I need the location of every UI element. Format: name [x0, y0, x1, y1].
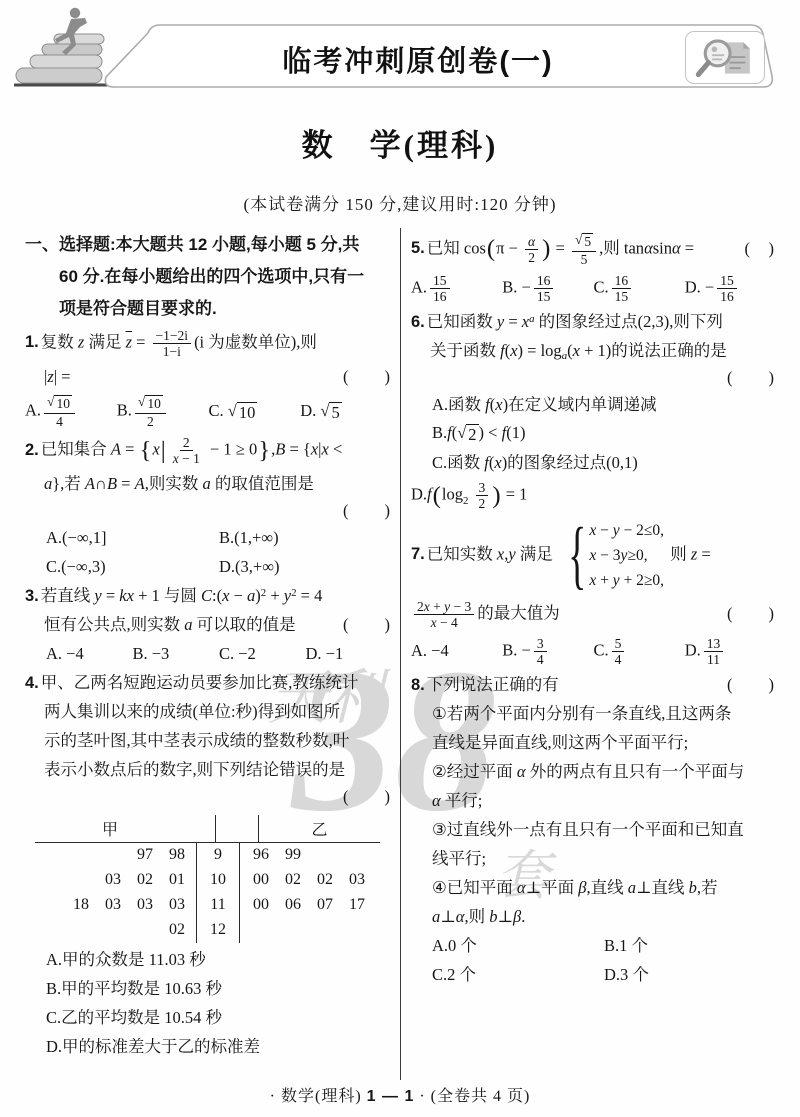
text-line: ( ) [25, 785, 392, 810]
leaf-cell-left: 02 [35, 918, 196, 943]
option-row: C.(−∞,3)D.(3,+∞) [25, 553, 392, 582]
option: B.1 个 [604, 935, 776, 957]
option: A. −4 [411, 640, 502, 662]
option-row-inner: C.(−∞,3)D.(3,+∞) [46, 556, 392, 578]
table-header-yi: 乙 [259, 815, 380, 842]
answer-bracket: ( ) [343, 500, 392, 522]
option: A.√104 [25, 394, 117, 429]
text-line: 2.已知集合 A = {x|2x − 1 − 1 ≥ 0},B = {x|x < [25, 432, 392, 469]
fraction: 2x − 1 [170, 435, 203, 466]
text-line: α 平行; [411, 786, 776, 815]
answer-bracket: ( ) [343, 614, 392, 636]
option: A.0 个 [432, 935, 604, 957]
option: B. −34 [502, 636, 593, 667]
table-row: 97 98996 99 [35, 843, 380, 868]
option-row-inner: A.1516B. −1615C.1615D. −1516 [411, 273, 776, 304]
table-row: 03 02 011000 02 02 03 [35, 868, 380, 893]
option: C. −2 [219, 643, 306, 665]
page-footer: · 数学(理科) 1 — 1 · (全卷共 4 页) [0, 1083, 800, 1106]
option: B. −1615 [502, 273, 593, 304]
answer-bracket: ( ) [727, 367, 776, 389]
option: D.3 个 [604, 964, 776, 986]
option-row-inner: A.0 个B.1 个 [432, 935, 776, 957]
text-line: ①若两个平面内分别有一条直线,且这两条 [411, 699, 776, 728]
fraction: √102 [135, 394, 166, 429]
text-line: C.函数 f(x)的图象经过点(0,1) [411, 448, 776, 477]
text-line: ( ) [411, 365, 776, 390]
answer-bracket: ( ) [727, 603, 776, 625]
option-row-inner: A.(−∞,1]B.(1,+∞) [46, 527, 392, 549]
fraction: 34 [534, 636, 547, 667]
radical: √5 [320, 402, 341, 424]
leaf-cell-left: 97 98 [35, 843, 196, 868]
option: D.(3,+∞) [219, 556, 392, 578]
banner-title: 临考冲刺原创卷(一) [98, 39, 738, 80]
option-row-inner: C.2 个D.3 个 [432, 964, 776, 986]
stem-cell [215, 815, 259, 842]
text-line: 两人集训以来的成绩(单位:秒)得到如图所 [25, 698, 392, 727]
text-line: 项是符合题目要求的. [25, 293, 392, 325]
fraction: 2x + y − 3x − 4 [414, 599, 474, 630]
text-line: 表示小数点后的数字,则下列结论错误的是 [25, 756, 392, 785]
radical: √2 [457, 424, 478, 446]
text-line: 3.若直线 y = kx + 1 与圆 C:(x − a)2 + y2 = 4 [25, 582, 392, 611]
answer-bracket: ( ) [343, 786, 392, 808]
option: C.(−∞,3) [46, 556, 219, 578]
column-divider [400, 228, 401, 1080]
footer-page-number: 1 — 1 [367, 1088, 415, 1105]
leaf-cell-right [240, 918, 380, 943]
text-line: 线平行; [411, 844, 776, 873]
option: D.1311 [685, 636, 776, 667]
text-line: 示的茎叶图,其中茎表示成绩的整数秒数,叶 [25, 727, 392, 756]
option: A. −4 [46, 643, 133, 665]
text-line: 7.已知实数 x,y 满足 {x − y − 2≤0,x − 3y≥0,x + … [411, 515, 776, 596]
stem-cell: 12 [196, 918, 240, 943]
subject-title: 数 学(理科) [0, 120, 800, 165]
option-row-inner: A. −4B. −34C.54D.1311 [411, 636, 776, 667]
option-row: A. −4B. −3C. −2D. −1 [25, 640, 392, 669]
option-row: A.1516B. −1615C.1615D. −1516 [411, 270, 776, 307]
radical: √10 [47, 395, 72, 413]
text-line: ②经过平面 α 外的两点有且只有一个平面与 [411, 757, 776, 786]
option: C.1615 [594, 273, 685, 304]
stem-cell: 9 [196, 843, 240, 868]
text-line: D.甲的标准差大于乙的标准差 [25, 1033, 392, 1062]
option-row: A.(−∞,1]B.(1,+∞) [25, 524, 392, 553]
text-line: ④已知平面 α⊥平面 β,直线 a⊥直线 b,若 [411, 873, 776, 902]
stem-cell: 11 [196, 893, 240, 918]
text-line: 4.甲、乙两名短跑运动员要参加比赛,教练统计 [25, 669, 392, 698]
leaf-cell-left: 18 03 03 03 [35, 893, 196, 918]
option-row-inner: A.√104B.√102C. √10D. √5 [25, 394, 392, 429]
text-line: 关于函数 f(x) = loga(x + 1)的说法正确的是 [411, 336, 776, 365]
radical: √10 [138, 395, 163, 413]
option: B.(1,+∞) [219, 527, 392, 549]
option: D. √5 [300, 400, 392, 424]
option-row: C.2 个D.3 个 [411, 960, 776, 989]
text-line: ③过直线外一点有且只有一个平面和已知直 [411, 815, 776, 844]
answer-bracket: ( ) [727, 674, 776, 696]
option: D. −1 [306, 643, 393, 665]
radical: √5 [575, 233, 593, 251]
table-row: 18 03 03 031100 06 07 17 [35, 893, 380, 918]
table-row: 0212 [35, 918, 380, 943]
exam-page: 临考冲刺原创卷(一) 数 学(理科) (本试卷满分 150 分,建议用时:120… [0, 0, 800, 1117]
fraction: √104 [44, 394, 75, 429]
fraction: 1311 [704, 636, 724, 667]
option-row: A.0 个B.1 个 [411, 931, 776, 960]
text-line: 60 分.在每小题给出的四个选项中,只有一 [25, 261, 392, 293]
option: C.2 个 [432, 964, 604, 986]
option: A.(−∞,1] [46, 527, 219, 549]
fraction: 1615 [612, 273, 632, 304]
leaf-cell-right: 00 02 02 03 [240, 868, 380, 893]
text-line: |z| =( ) [25, 362, 392, 391]
option-row-inner: A. −4B. −3C. −2D. −1 [46, 643, 392, 665]
fraction: α2 [525, 234, 538, 265]
text-line: a},若 A∩B = A,则实数 a 的取值范围是 [25, 470, 392, 499]
stem-cell: 10 [196, 868, 240, 893]
option: D. −1516 [685, 273, 776, 304]
option: C.54 [594, 636, 685, 667]
text-line: 2x + y − 3x − 4的最大值为( ) [411, 596, 776, 633]
fraction: 32 [476, 480, 489, 511]
option: C. √10 [209, 400, 301, 424]
text-line: C.乙的平均数是 10.54 秒 [25, 1004, 392, 1033]
radical: √10 [228, 402, 258, 424]
leaf-cell-right: 96 99 [240, 843, 380, 868]
text-line: 直线是异面直线,则这两个平面平行; [411, 728, 776, 757]
text-line: 1.复数 z 满足 z = −1−2i1−i(i 为虚数单位),则 [25, 325, 392, 362]
text-line: A.甲的众数是 11.03 秒 [25, 946, 392, 975]
text-line: 5.已知 cos(π − α2) = √55,则 tanαsinα =( ) [411, 229, 776, 270]
search-box [685, 31, 765, 84]
option: B.√102 [117, 394, 209, 429]
footer-pages-total: · (全卷共 4 页) [419, 1088, 530, 1105]
text-line: ( ) [25, 499, 392, 524]
right-column: 5.已知 cos(π − α2) = √55,则 tanαsinα =( )A.… [411, 229, 776, 1081]
stem-leaf-table: 甲乙97 98996 9903 02 011000 02 02 0318 03 … [35, 815, 380, 943]
option: A.1516 [411, 273, 502, 304]
text-line: B.甲的平均数是 10.63 秒 [25, 975, 392, 1004]
text-line: 8.下列说法正确的有( ) [411, 670, 776, 699]
fraction: 54 [612, 636, 625, 667]
option: B. −3 [133, 643, 220, 665]
magnifier-icon [690, 35, 760, 81]
leaf-cell-right: 00 06 07 17 [240, 893, 380, 918]
table-header-jia: 甲 [35, 815, 215, 842]
answer-bracket: ( ) [343, 366, 392, 388]
fraction: −1−2i1−i [153, 328, 192, 359]
fraction: 1516 [430, 273, 450, 304]
cases-system: {x − y − 2≤0,x − 3y≥0,x + y + 2≥0, [559, 518, 664, 593]
text-line: 恒有公共点,则实数 a 可以取的值是( ) [25, 611, 392, 640]
text-line: 6.已知函数 y = xa 的图象经过点(2,3),则下列 [411, 307, 776, 336]
text-line: a⊥α,则 b⊥β. [411, 902, 776, 931]
exam-note: (本试卷满分 150 分,建议用时:120 分钟) [0, 190, 800, 215]
leaf-cell-left: 03 02 01 [35, 868, 196, 893]
fraction: 1516 [717, 273, 737, 304]
text-line: D.f(log2 32) = 1 [411, 477, 776, 514]
answer-bracket: ( ) [745, 238, 777, 260]
option-row: A. −4B. −34C.54D.1311 [411, 633, 776, 670]
footer-subject: · 数学(理科) [270, 1088, 362, 1105]
text-line: 一、选择题:本大题共 12 小题,每小题 5 分,共 [25, 229, 392, 261]
left-column: 一、选择题:本大题共 12 小题,每小题 5 分,共60 分.在每小题给出的四个… [25, 229, 392, 1081]
text-line: B.f(√2) < f(1) [411, 419, 776, 448]
option-row: A.√104B.√102C. √10D. √5 [25, 391, 392, 432]
text-line: A.函数 f(x)在定义域内单调递减 [411, 390, 776, 419]
fraction: √55 [572, 232, 596, 267]
fraction: 1615 [534, 273, 554, 304]
